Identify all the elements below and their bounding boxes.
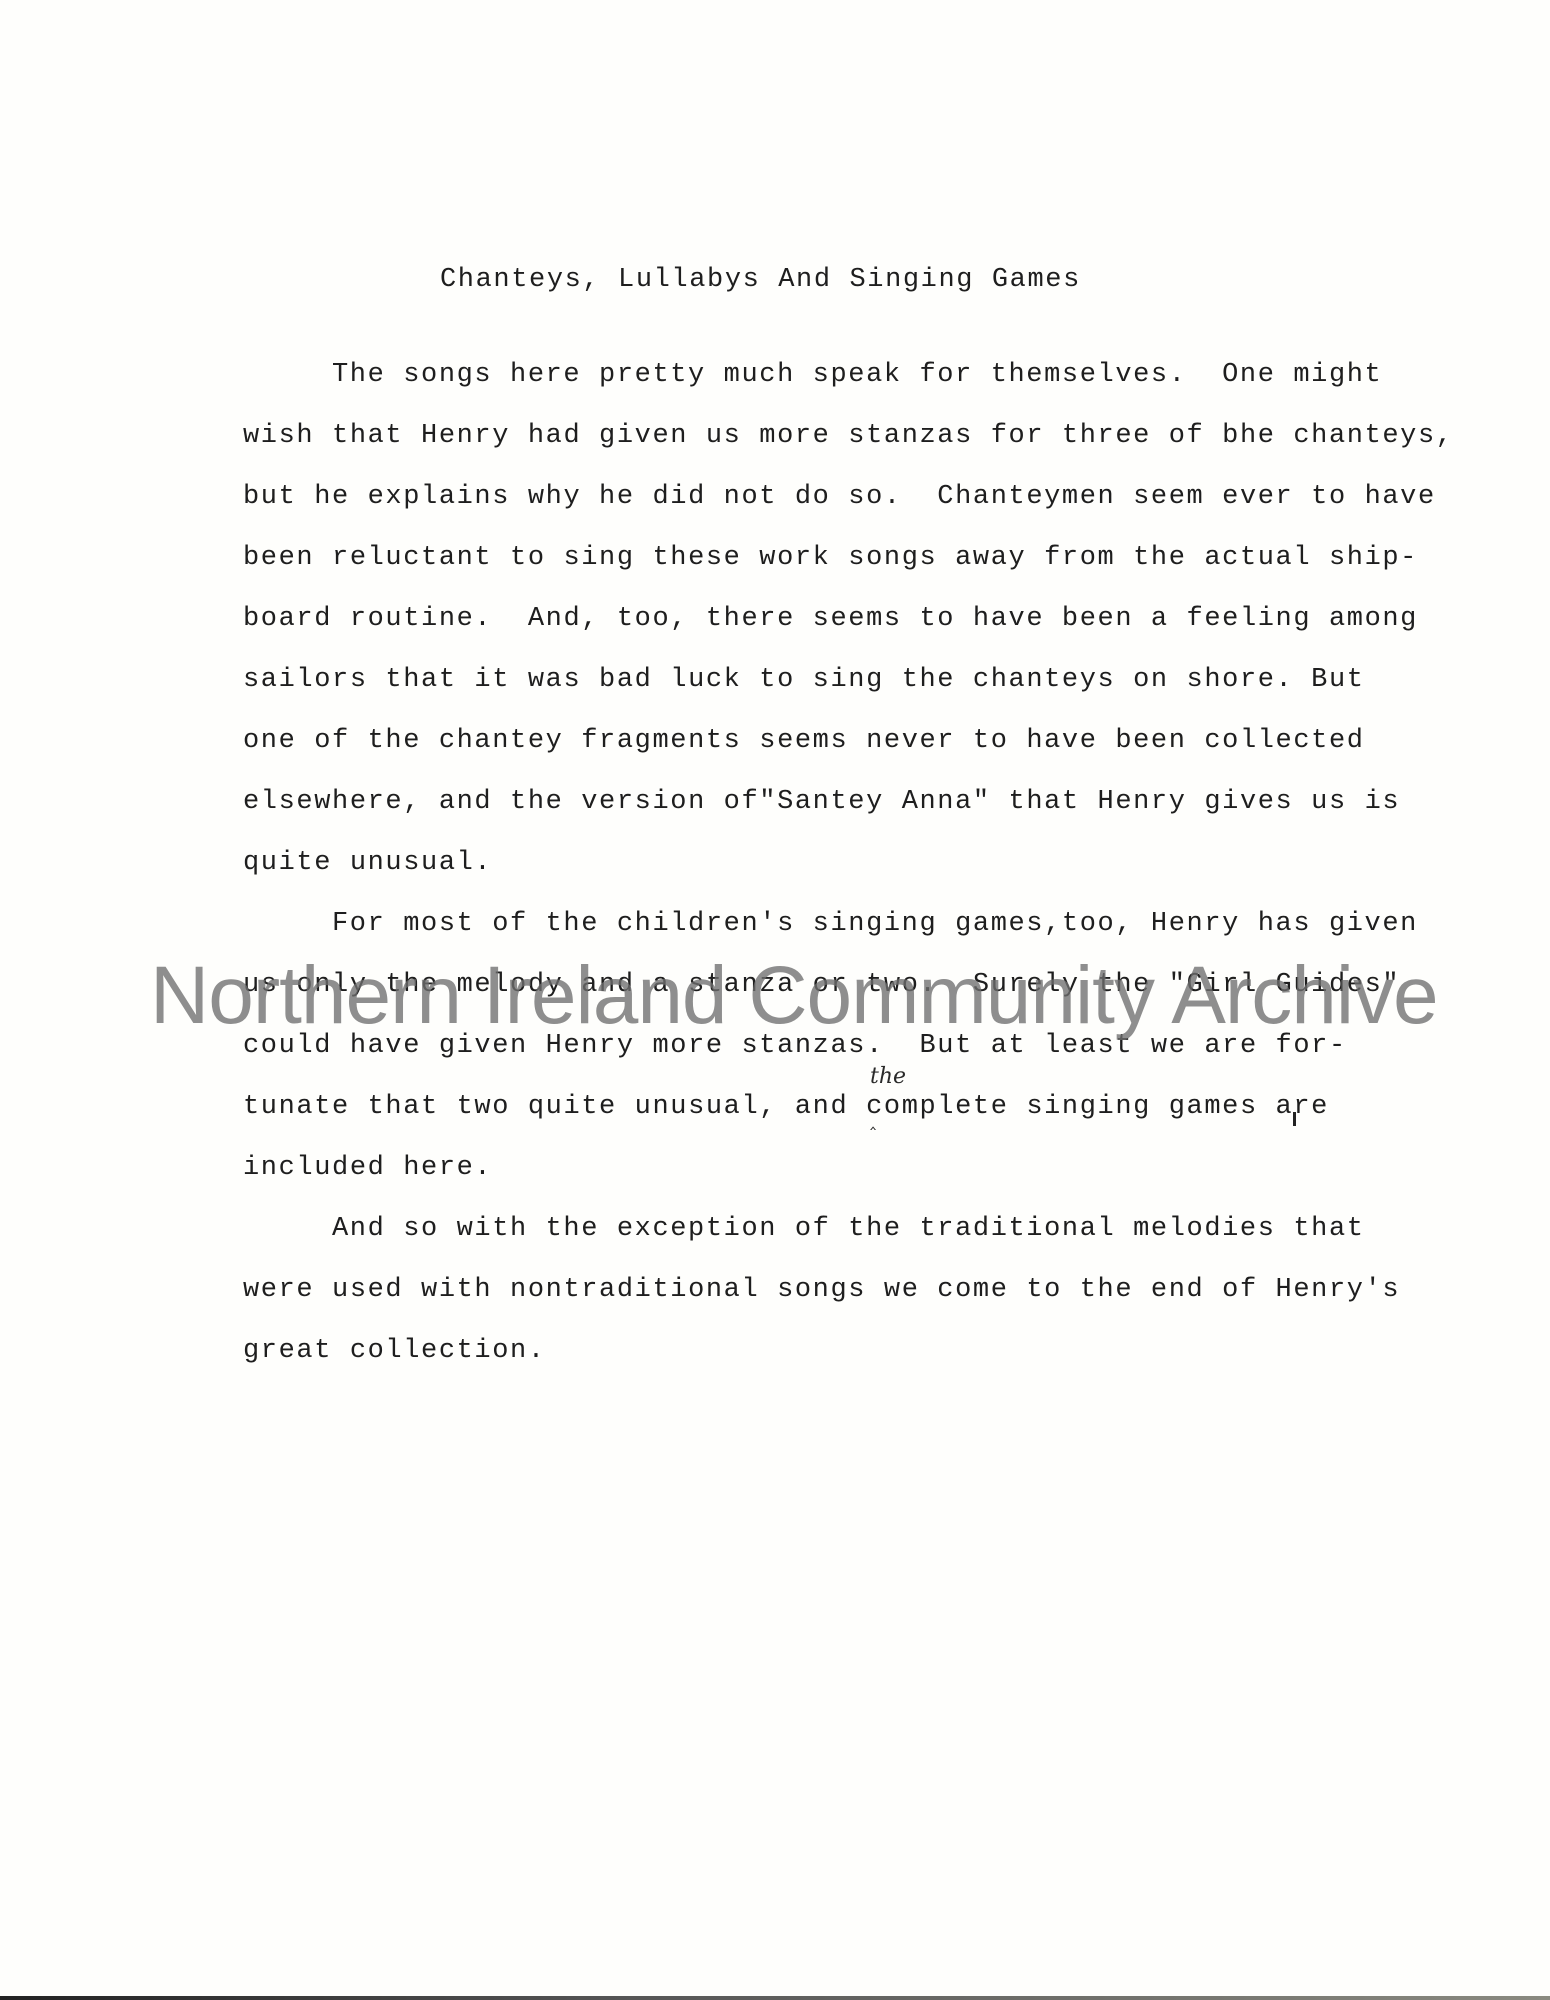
comma-mark [1293,1112,1296,1126]
paragraph-1-line-2: wish that Henry had given us more stanza… [243,423,1454,450]
paragraph-1-line-9: quite unusual. [243,850,492,877]
document-page: Chanteys, Lullabys And Singing Games The… [0,0,1550,2000]
paragraph-3-line-1: And so with the exception of the traditi… [332,1216,1365,1243]
paragraph-2-line-1: For most of the children's singing games… [332,911,1418,938]
paragraph-1-line-7: one of the chantey fragments seems never… [243,728,1365,755]
paragraph-3-line-3: great collection. [243,1338,546,1365]
paragraph-2-line-5: included here. [243,1155,492,1182]
handwritten-insert-the: the [870,1064,906,1089]
document-title: Chanteys, Lullabys And Singing Games [440,267,1081,294]
insert-caret-mark: ‸ [870,1110,876,1131]
paragraph-2-line-4: tunate that two quite unusual, and compl… [243,1094,1329,1121]
scan-bottom-edge [0,1996,1550,2000]
paragraph-3-line-2: were used with nontraditional songs we c… [243,1277,1400,1304]
paragraph-2-line-3: could have given Henry more stanzas. But… [243,1033,1347,1060]
paragraph-2-line-2: us only the melody and a stanza or two. … [243,972,1400,999]
paragraph-1-line-1: The songs here pretty much speak for the… [332,362,1382,389]
paragraph-1-line-5: board routine. And, too, there seems to … [243,606,1418,633]
paragraph-1-line-6: sailors that it was bad luck to sing the… [243,667,1365,694]
paragraph-1-line-3: but he explains why he did not do so. Ch… [243,484,1436,511]
paragraph-1-line-4: been reluctant to sing these work songs … [243,545,1418,572]
paragraph-1-line-8: elsewhere, and the version of"Santey Ann… [243,789,1400,816]
